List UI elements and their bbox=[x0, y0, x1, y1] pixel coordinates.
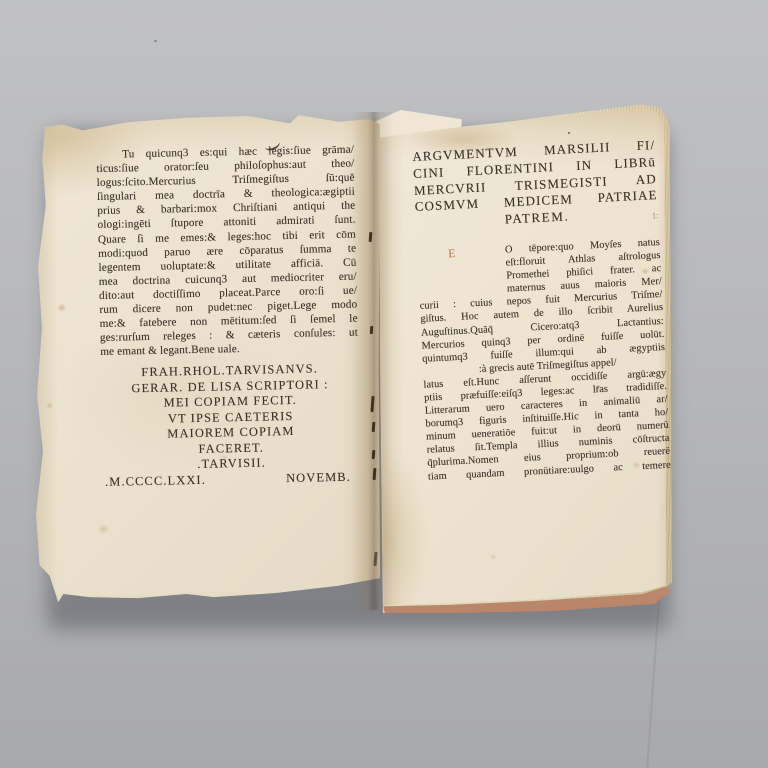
binding-stitch bbox=[370, 326, 374, 334]
right-page-heading: ARGVMENTVM MARSILII FI/CINI FLORENTINI I… bbox=[412, 137, 658, 216]
body-lines-a: curii : cuius nepos fuit Mercurius Triſm… bbox=[419, 288, 665, 365]
photo-backdrop: Tu quicunq3 es:qui hæc legis:ſiue grāma/… bbox=[0, 0, 768, 768]
left-page-text: Tu quicunq3 es:qui hæc legis:ſiue grāma/… bbox=[96, 143, 361, 491]
colophon-year: .M.CCCC.LXXI. bbox=[105, 473, 206, 491]
rubric-guide-letter: E bbox=[448, 247, 456, 260]
margin-ink-mark: 1: bbox=[652, 207, 659, 224]
right-page-text: ARGVMENTVM MARSILII FI/CINI FLORENTINI I… bbox=[412, 137, 671, 483]
foxing-speck bbox=[568, 132, 570, 134]
binding-stitch bbox=[372, 450, 376, 459]
right-page-body: E O tēpore:quo Moyſes natuseſt:floruit A… bbox=[417, 236, 671, 483]
backdrop-speck bbox=[154, 40, 157, 42]
heading-last-text: PATREM. bbox=[504, 209, 569, 227]
colophon-month: NOVEMB. bbox=[286, 470, 351, 487]
body-lines-b: latus eſt.Hunc aſſerunt occidiſſe argū:æ… bbox=[423, 367, 671, 483]
colophon: FRAH.RHOL.TARVISANVS.GERAR. DE LISA SCRI… bbox=[101, 361, 361, 475]
left-page-paragraph: Tu quicunq3 es:qui hæc legis:ſiue grāma/… bbox=[96, 143, 358, 346]
